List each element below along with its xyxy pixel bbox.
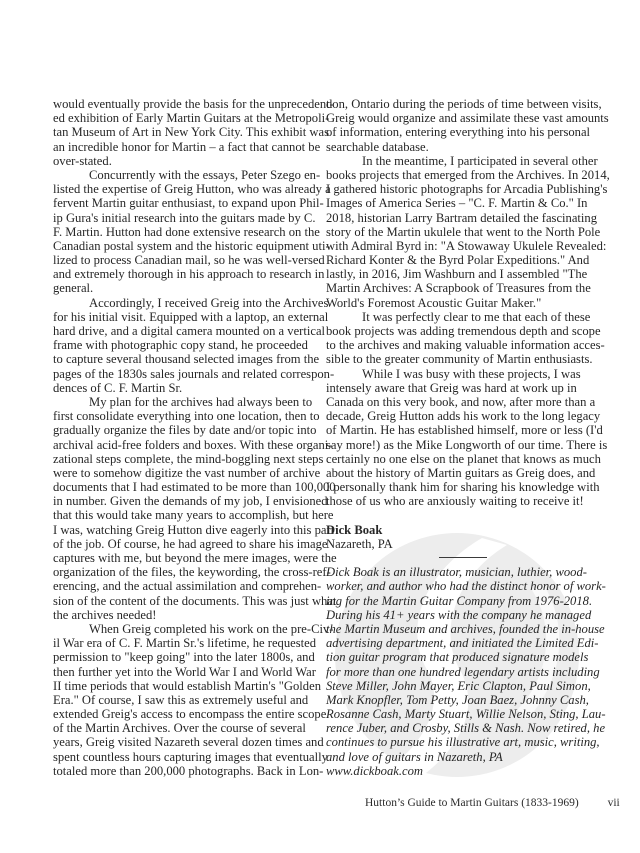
text-line: gradually organize the files by date and… — [53, 423, 315, 437]
text-line: sion of the content of the documents. Th… — [53, 594, 315, 608]
paragraph: In the meantime, I participated in sever… — [326, 154, 588, 310]
bio-line: ing for the Martin Guitar Company from 1… — [326, 594, 588, 608]
text-line: certainly no one else on the planet that… — [326, 452, 588, 466]
text-line: organization of the files, the keywordin… — [53, 565, 315, 579]
bio-line: and love of guitars in Nazareth, PA — [326, 750, 588, 764]
author-location: Nazareth, PA — [326, 537, 588, 551]
text-line: book projects was adding tremendous dept… — [326, 324, 588, 338]
text-line: the archives needed! — [53, 608, 315, 622]
text-line: don, Ontario during the periods of time … — [326, 97, 588, 111]
text-line: books projects that emerged from the Arc… — [326, 168, 588, 182]
text-line: When Greig completed his work on the pre… — [53, 622, 315, 636]
text-line: pages of the 1830s sales journals and re… — [53, 367, 315, 381]
text-line: totaled more than 200,000 photographs. B… — [53, 764, 315, 778]
text-line: Concurrently with the essays, Peter Szeg… — [53, 168, 315, 182]
bio-line: Dick Boak is an illustrator, musician, l… — [326, 565, 588, 579]
text-line: Martin Archives: A Scrapbook of Treasure… — [326, 281, 588, 295]
text-line: zational steps complete, the mind-boggli… — [53, 452, 315, 466]
text-line: hard drive, and a digital camera mounted… — [53, 324, 315, 338]
text-line: Era." Of course, I saw this as extremely… — [53, 693, 315, 707]
paragraph: When Greig completed his work on the pre… — [53, 622, 315, 778]
bio-line: Rosanne Cash, Marty Stuart, Willie Nelso… — [326, 707, 588, 721]
text-line: were to somehow digitize the vast number… — [53, 466, 315, 480]
text-line: I gathered historic photographs for Arca… — [326, 182, 588, 196]
text-line: years, Greig visited Nazareth several do… — [53, 735, 315, 749]
paragraph: would eventually provide the basis for t… — [53, 97, 315, 168]
bio-line: worker, and author who had the distinct … — [326, 579, 588, 593]
text-line: It was perfectly clear to me that each o… — [326, 310, 588, 324]
text-line: would eventually provide the basis for t… — [53, 97, 315, 111]
spacer — [326, 508, 588, 522]
signature: Dick Boak Nazareth, PA — [326, 523, 588, 551]
text-line: of the job. Of course, he had agreed to … — [53, 537, 315, 551]
text-line: over-stated. — [53, 154, 315, 168]
text-line: tan Museum of Art in New York City. This… — [53, 125, 315, 139]
text-line: searchable database. — [326, 140, 588, 154]
text-line: frame with photographic copy stand, he p… — [53, 338, 315, 352]
bio-line: Mark Knopfler, Tom Petty, Joan Baez, Joh… — [326, 693, 588, 707]
author-bio: Dick Boak is an illustrator, musician, l… — [326, 565, 588, 778]
text-line: Accordingly, I received Greig into the A… — [53, 296, 315, 310]
text-line: Canadian postal system and the historic … — [53, 239, 315, 253]
text-line: about the history of Martin guitars as G… — [326, 466, 588, 480]
text-line: dences of C. F. Martin Sr. — [53, 381, 315, 395]
bio-line: rence Juber, and Crosby, Stills & Nash. … — [326, 721, 588, 735]
running-footer-title: Hutton’s Guide to Martin Guitars (1833-1… — [365, 797, 579, 809]
bio-line: advertising department, and initiated th… — [326, 636, 588, 650]
author-name: Dick Boak — [326, 523, 588, 537]
divider-rule — [439, 557, 487, 558]
text-line: and extremely thorough in his approach t… — [53, 267, 315, 281]
text-line: documents that I had estimated to be mor… — [53, 480, 315, 494]
bio-line: tion guitar program that produced signat… — [326, 650, 588, 664]
bio-line: continues to pursue his illustrative art… — [326, 735, 588, 749]
text-line: Images of America Series – "C. F. Martin… — [326, 196, 588, 210]
text-line: of the Martin Archives. Over the course … — [53, 721, 315, 735]
text-line: archival acid-free folders and boxes. Wi… — [53, 438, 315, 452]
text-line: in number. Given the demands of my job, … — [53, 494, 315, 508]
text-line: World's Foremost Acoustic Guitar Maker." — [326, 296, 588, 310]
paragraph: don, Ontario during the periods of time … — [326, 97, 588, 154]
paragraph: Accordingly, I received Greig into the A… — [53, 296, 315, 395]
text-line: My plan for the archives had always been… — [53, 395, 315, 409]
paragraph: It was perfectly clear to me that each o… — [326, 310, 588, 367]
section-divider — [326, 551, 588, 565]
text-line: an incredible honor for Martin – a fact … — [53, 140, 315, 154]
text-line: sible to the greater community of Martin… — [326, 352, 588, 366]
website-link[interactable]: www.dickboak.com — [326, 764, 588, 778]
text-line: extended Greig's access to encompass the… — [53, 707, 315, 721]
bio-line: Steve Miller, John Mayer, Eric Clapton, … — [326, 679, 588, 693]
text-line: say more!) as the Mike Longworth of our … — [326, 438, 588, 452]
text-line: first consolidate everything into one lo… — [53, 409, 315, 423]
text-line: captures with me, but beyond the mere im… — [53, 551, 315, 565]
text-line: general. — [53, 281, 315, 295]
text-line: then further yet into the World War I an… — [53, 665, 315, 679]
text-line: 2018, historian Larry Bartram detailed t… — [326, 211, 588, 225]
bio-line: the Martin Museum and archives, founded … — [326, 622, 588, 636]
text-line: story of the Martin ukulele that went to… — [326, 225, 588, 239]
page-footer: Hutton’s Guide to Martin Guitars (1833-1… — [365, 797, 620, 809]
text-line: II time periods that would establish Mar… — [53, 679, 315, 693]
text-line: erencing, and the actual assimilation an… — [53, 579, 315, 593]
book-page: would eventually provide the basis for t… — [0, 0, 640, 853]
paragraph: My plan for the archives had always been… — [53, 395, 315, 622]
text-line: Greig would organize and assimilate thes… — [326, 111, 588, 125]
text-line: intensely aware that Greig was hard at w… — [326, 381, 588, 395]
text-line: those of us who are anxiously waiting to… — [326, 494, 588, 508]
bio-line: for more than one hundred legendary arti… — [326, 665, 588, 679]
text-line: listed the expertise of Greig Hutton, wh… — [53, 182, 315, 196]
text-line: In the meantime, I participated in sever… — [326, 154, 588, 168]
text-line: spent countless hours capturing images t… — [53, 750, 315, 764]
text-line: lastly, in 2016, Jim Washburn and I asse… — [326, 267, 588, 281]
text-line: ed exhibition of Early Martin Guitars at… — [53, 111, 315, 125]
text-line: for his initial visit. Equipped with a l… — [53, 310, 315, 324]
bio-line: During his 41+ years with the company he… — [326, 608, 588, 622]
text-line: to the archives and making valuable info… — [326, 338, 588, 352]
text-line: permission to "keep going" into the late… — [53, 650, 315, 664]
text-line: While I was busy with these projects, I … — [326, 367, 588, 381]
text-line: Canada on this very book, and now, after… — [326, 395, 588, 409]
text-line: F. Martin. Hutton had done extensive res… — [53, 225, 315, 239]
text-line: with Admiral Byrd in: "A Stowaway Ukulel… — [326, 239, 588, 253]
text-line: of Martin. He has established himself, m… — [326, 423, 588, 437]
text-line: lized to process Canadian mail, so he wa… — [53, 253, 315, 267]
text-line: that this would take many years to accom… — [53, 508, 315, 522]
paragraph: While I was busy with these projects, I … — [326, 367, 588, 509]
text-line: il War era of C. F. Martin Sr.'s lifetim… — [53, 636, 315, 650]
text-line: of information, entering everything into… — [326, 125, 588, 139]
page-number: vii — [608, 797, 620, 809]
text-line: ip Gura's initial research into the guit… — [53, 211, 315, 225]
paragraph: Concurrently with the essays, Peter Szeg… — [53, 168, 315, 296]
text-line: fervent Martin guitar enthusiast, to exp… — [53, 196, 315, 210]
text-line: decade, Greig Hutton adds his work to th… — [326, 409, 588, 423]
right-column: don, Ontario during the periods of time … — [326, 97, 588, 778]
text-line: I was, watching Greig Hutton dive eagerl… — [53, 523, 315, 537]
left-column: would eventually provide the basis for t… — [53, 97, 315, 778]
text-line: to capture several thousand selected ima… — [53, 352, 315, 366]
text-line: I personally thank him for sharing his k… — [326, 480, 588, 494]
text-line: Richard Konter & the Byrd Polar Expediti… — [326, 253, 588, 267]
